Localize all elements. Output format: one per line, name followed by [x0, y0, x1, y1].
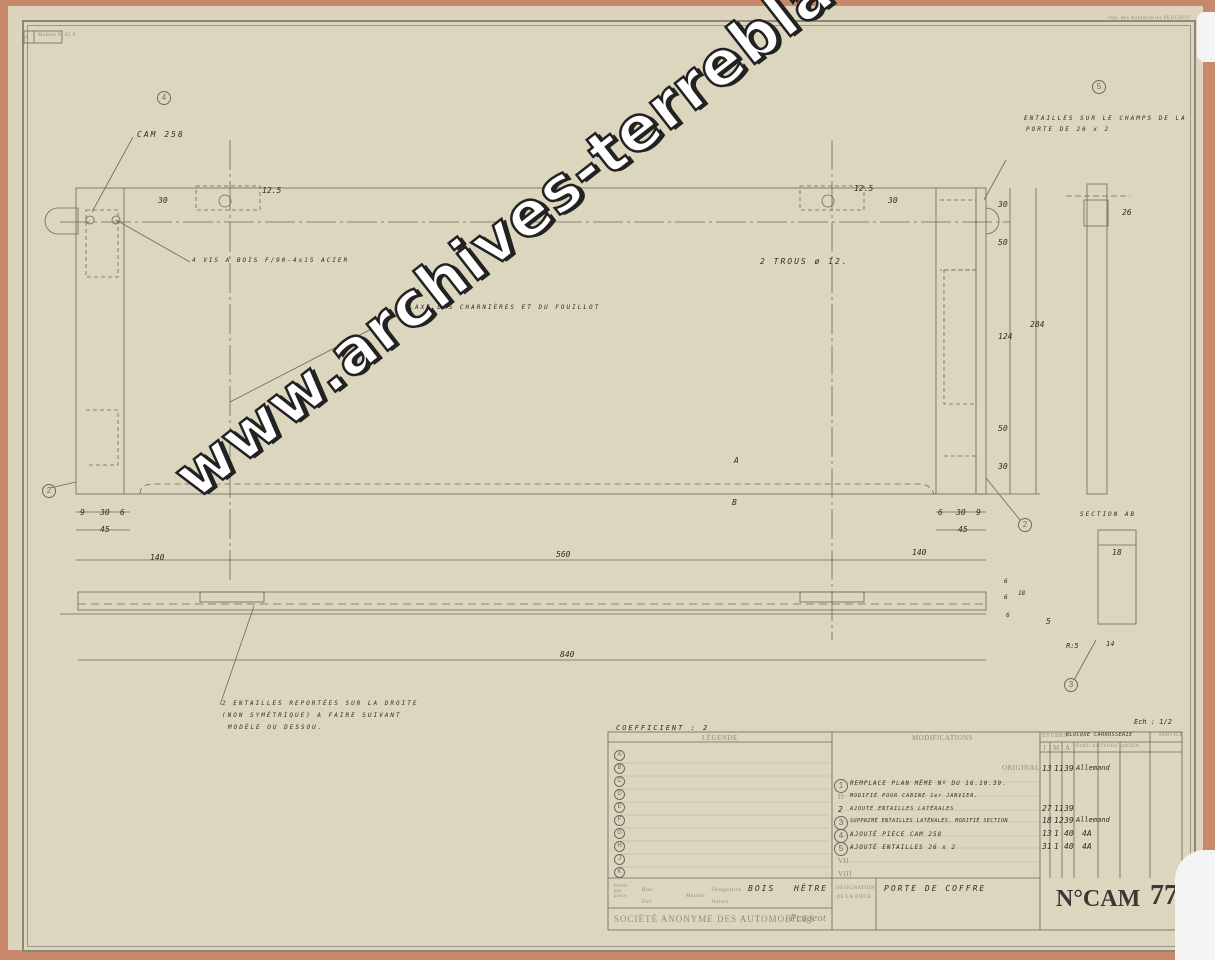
mod-num-1: 1: [834, 779, 848, 793]
dim-left-9: 9: [80, 508, 85, 517]
legend-letter: J: [614, 854, 625, 865]
dim-26: 26: [1122, 208, 1132, 217]
mod-5-m: 1: [1054, 829, 1059, 838]
legend-letter: C: [614, 776, 625, 787]
brut-label: Brut: [642, 888, 653, 893]
designation-piece-label: DÉSIGNATION DE LA PIÈCE: [836, 884, 872, 902]
dim-right-6: 6: [938, 508, 943, 517]
entailles-note-2: PORTE DE 26 x 2: [1026, 126, 1110, 133]
dim-v284: 284: [1030, 320, 1044, 329]
nature-label: Nature: [712, 900, 729, 905]
col-service: SERVICE: [1159, 733, 1183, 738]
dim-v124: 124: [998, 332, 1012, 341]
mod-5-etabli: 4A: [1082, 829, 1092, 838]
mod-4-a: 39: [1064, 816, 1074, 825]
mod-3-j: 27: [1042, 804, 1052, 813]
scale-label: Ech : 1/2: [1134, 718, 1172, 726]
mod-5-a: 40: [1064, 829, 1074, 838]
dim-v50-bot: 50: [998, 424, 1008, 433]
sheet-corner-number: 4: [25, 33, 29, 41]
section-label: SECTION AB: [1080, 511, 1136, 518]
mod-6-m: 1: [1054, 842, 1059, 851]
mod-text-6: AJOUTÉ ENTAILLES 26 x 2: [850, 844, 956, 851]
dim-left-6: 6: [120, 508, 125, 517]
dim-v50-top: 50: [998, 238, 1008, 247]
callout-3: 3: [1064, 678, 1078, 692]
dim-840: 840: [560, 650, 574, 659]
section-marker-b: B: [732, 498, 739, 507]
designation-mat-label: Désignation: [712, 888, 742, 893]
mod-text-4: SUPPRIMÉ ENTAILLES LATÉRALES. MODIFIÉ SE…: [850, 818, 1008, 824]
dim-560: 560: [556, 550, 570, 559]
fini-label: Fini: [642, 900, 652, 905]
dim-right-45: 45: [958, 525, 968, 534]
dim-section-14: 14: [1106, 640, 1114, 648]
mod-text-1: REMPLACE PLAN MÊME Nº DU 16.10.39.: [850, 780, 1007, 787]
mod-num-viii: VIII: [838, 870, 852, 878]
legend-letter: A: [614, 750, 625, 761]
dim-section-5: 5: [1046, 617, 1051, 626]
row-original-etabli: Allemand: [1076, 764, 1110, 772]
col-m: M: [1053, 744, 1060, 752]
coefficient-label: COEFFICIENT : 2: [616, 724, 709, 732]
etudes-dept: BLOCQUE CARROSSERIE: [1066, 732, 1133, 738]
material-type: HÊTRE: [794, 884, 828, 893]
bottom-note-2: (NON SYMÉTRIQUE) A FAIRE SUIVANT: [222, 712, 402, 719]
dim-side-6b: 6: [1004, 594, 1008, 601]
dim-side-6a: 6: [1004, 578, 1008, 585]
dim-12-5-left: 12.5: [262, 186, 281, 195]
holes-note: 2 TROUS ø 12.: [760, 257, 849, 266]
dim-side-18: 18: [1018, 590, 1025, 597]
mod-4-j: 18: [1042, 816, 1052, 825]
dim-140-right: 140: [912, 548, 926, 557]
poids-label: Poids par pièce: [614, 884, 634, 899]
mod-num-6: 5: [834, 842, 848, 856]
legend-letter: D: [614, 789, 625, 800]
dim-right-9: 9: [976, 508, 981, 517]
dim-side-6c: 6: [1006, 612, 1010, 619]
mod-6-a: 40: [1064, 842, 1074, 851]
legend-letter: K: [614, 867, 625, 878]
legend-letter: E: [614, 802, 625, 813]
section-marker-a: A: [734, 456, 741, 465]
legend-letter: F: [614, 815, 625, 826]
legend-letter: B: [614, 763, 625, 774]
dim-140-left: 140: [150, 553, 164, 562]
mod-3-m: 11: [1054, 804, 1064, 813]
company-name: SOCIÉTÉ ANONYME DES AUTOMOBILES: [614, 914, 815, 924]
legend-letter: G: [614, 828, 625, 839]
dim-section-18: 18: [1112, 548, 1122, 557]
tape-bottom-right: [1175, 850, 1215, 960]
mod-num-3: 2: [838, 805, 843, 814]
dim-left-30: 30: [100, 508, 110, 517]
mod-num-4: 3: [834, 816, 848, 830]
row-original-a: 39: [1064, 764, 1074, 773]
bottom-note-3: MODÈLE OU DESSOU.: [228, 724, 323, 731]
mod-6-j: 31: [1042, 842, 1052, 851]
mod-num-vii: VII: [838, 857, 849, 865]
material-value: BOIS: [748, 884, 775, 893]
dim-12-5-right: 12.5: [854, 184, 873, 193]
piece-name: PORTE DE COFFRE: [884, 884, 986, 893]
cam-number-value: 77: [1150, 880, 1178, 912]
view-marker-4: 4: [157, 91, 171, 105]
cam-note: CAM 258: [137, 130, 185, 139]
view-marker-5: 5: [1092, 80, 1106, 94]
mod-6-etabli: 4A: [1082, 842, 1092, 851]
legend-letter: H: [614, 841, 625, 852]
printer-note: Imp. des Automobiles PEUGEOT: [1108, 16, 1190, 21]
mod-text-5: AJOUTÉ PIÈCE CAM 258: [850, 831, 942, 838]
original-label: ORIGINAL: [1002, 764, 1040, 772]
mod-text-3: AJOUTÉ ENTAILLES LATÉRALES: [850, 806, 954, 812]
matiere-label: Matière: [686, 894, 705, 899]
modifications-title: MODIFICATIONS: [912, 734, 973, 742]
dim-v30-top: 30: [998, 200, 1008, 209]
dim-section-r5: R:5: [1066, 642, 1079, 650]
dim-v30-bot: 30: [998, 462, 1008, 471]
callout-2-left: 2: [42, 484, 56, 498]
mod-text-2: MODIFIÉ POUR CABINE 1er JANVIER.: [850, 793, 978, 799]
row-original-m: 11: [1054, 764, 1064, 773]
row-original-j: 13: [1042, 764, 1052, 773]
mod-num-2-roman: II: [838, 793, 844, 801]
mod-4-etabli: Allemand: [1076, 816, 1110, 824]
sheet-model-label: Modèle M 45 P: [38, 33, 76, 38]
dim-30-right-top: 30: [888, 196, 898, 205]
bottom-note-1: 2 ENTAILLES REPORTÉES SUR LA DROITE: [222, 700, 418, 707]
mod-4-m: 12: [1054, 816, 1064, 825]
col-verifie: Vérifié par: [1100, 744, 1127, 749]
mod-3-a: 39: [1064, 804, 1074, 813]
etudes-label: ÉTUDES: [1042, 733, 1068, 739]
entailles-note-1: ENTAILLES SUR LE CHAMPS DE LA: [1024, 115, 1187, 122]
company-brand: Peugeot: [790, 913, 826, 924]
mod-num-5: 4: [834, 829, 848, 843]
col-visa: VISA: [1126, 744, 1140, 749]
callout-2-right: 2: [1018, 518, 1032, 532]
dim-right-30: 30: [956, 508, 966, 517]
tape-top-right: [1197, 12, 1215, 62]
mod-5-j: 13: [1042, 829, 1052, 838]
dim-left-45: 45: [100, 525, 110, 534]
col-a: A: [1065, 744, 1071, 752]
legend-title: LÉGENDE: [702, 734, 738, 742]
col-etabli: Établi par: [1076, 744, 1101, 749]
dim-30-top: 30: [158, 196, 168, 205]
screws-note: 4 VIS A BOIS F/90-4x15 ACIER: [192, 257, 349, 264]
cam-number-label: N°CAM: [1056, 886, 1140, 913]
col-j: J: [1043, 744, 1046, 752]
